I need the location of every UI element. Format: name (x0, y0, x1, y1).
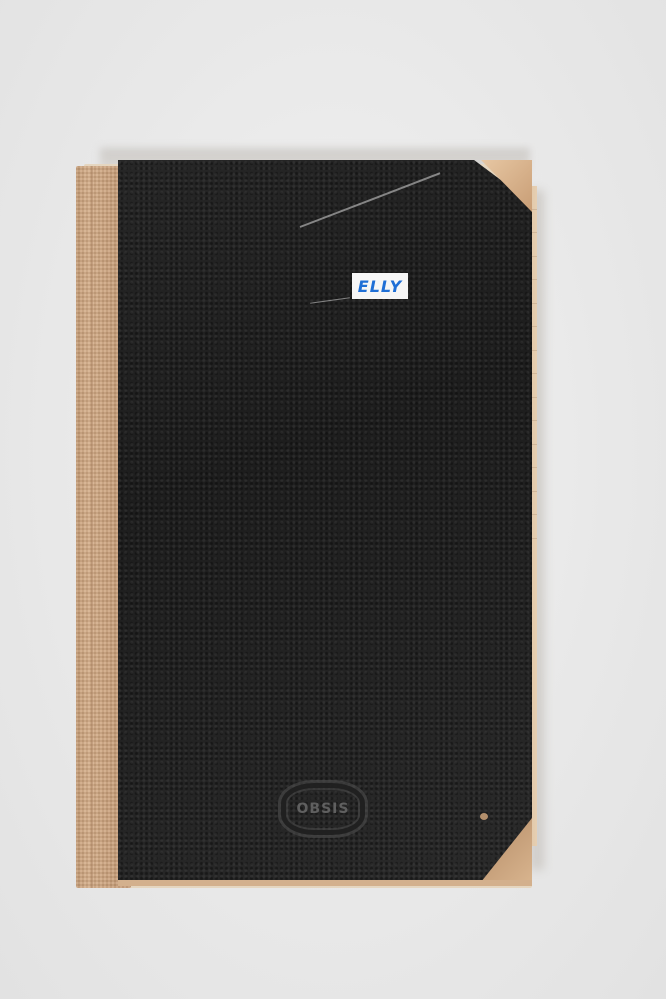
spine-hinge-line (91, 166, 93, 888)
notebook: ABCDEFGHJKLMNOP (76, 158, 536, 888)
name-label: ELLY (352, 273, 408, 299)
embossed-logo-text: OBSIS (297, 801, 350, 817)
cover-wear-chip (480, 813, 488, 820)
front-cover (118, 160, 532, 882)
embossed-logo: OBSIS (278, 780, 368, 838)
name-label-text: ELLY (358, 277, 402, 296)
bottom-edge (118, 880, 532, 886)
